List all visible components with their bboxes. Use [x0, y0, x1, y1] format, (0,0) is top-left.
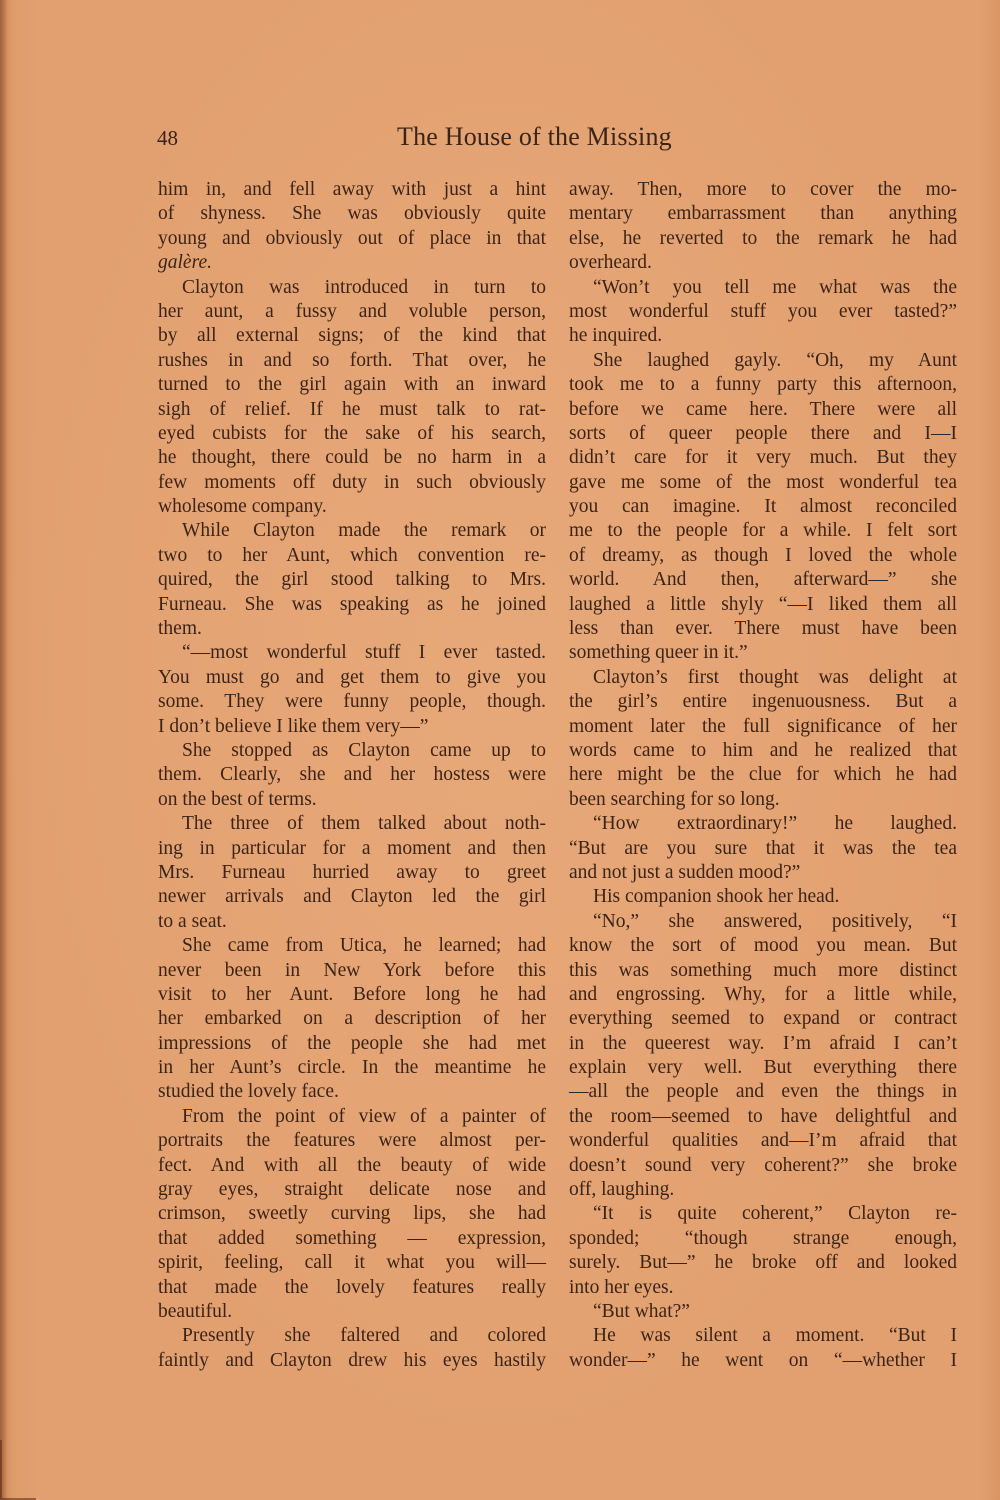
- text-line: on the best of terms.: [158, 788, 546, 812]
- paragraph-start: Clayton’s first thought was delight at: [569, 666, 957, 690]
- page-number: 48: [157, 126, 178, 151]
- text-line: them. Clearly, she and her hostess were: [158, 763, 546, 787]
- text-line: young and obviously out of place in that: [158, 227, 546, 251]
- book-page: 48 The House of the Missing him in, and …: [0, 0, 1000, 1500]
- text-line: rushes in and so forth. That over, he: [158, 349, 546, 373]
- text-line: two to her Aunt, which convention re-: [158, 544, 546, 568]
- text-line: didn’t care for it very much. But they: [569, 446, 957, 470]
- page-header: 48 The House of the Missing: [157, 122, 957, 158]
- text-line: her embarked on a description of her: [158, 1007, 546, 1031]
- paragraph-start: “No,” she answered, positively, “I: [569, 910, 957, 934]
- text-line: some. They were funny people, though.: [158, 690, 546, 714]
- text-line: sigh of relief. If he must talk to rat-: [158, 398, 546, 422]
- text-line: her aunt, a fussy and voluble person,: [158, 300, 546, 324]
- text-line: Furneau. She was speaking as he joined: [158, 593, 546, 617]
- paragraph-start: She came from Utica, he learned; had: [158, 934, 546, 958]
- text-line: him in, and fell away with just a hint: [158, 178, 546, 202]
- text-line: and not just a sudden mood?”: [569, 861, 957, 885]
- paragraph-start: She laughed gayly. “Oh, my Aunt: [569, 349, 957, 373]
- text-line: surely. But—” he broke off and looked: [569, 1251, 957, 1275]
- text-line: wonderful qualities and—I’m afraid that: [569, 1129, 957, 1153]
- text-line: impressions of the people she had met: [158, 1032, 546, 1056]
- text-line: sorts of queer people there and I—I: [569, 422, 957, 446]
- text-line: know the sort of mood you mean. But: [569, 934, 957, 958]
- text-line: —all the people and even the things in: [569, 1080, 957, 1104]
- paragraph-start: “How extraordinary!” he laughed.: [569, 812, 957, 836]
- text-line: less than ever. There must have been: [569, 617, 957, 641]
- text-line: world. And then, afterward—” she: [569, 568, 957, 592]
- text-line: in the queerest way. I’m afraid I can’t: [569, 1032, 957, 1056]
- paragraph-start: From the point of view of a painter of: [158, 1105, 546, 1129]
- text-line: turned to the girl again with an inward: [158, 373, 546, 397]
- paragraph-start: The three of them talked about noth-: [158, 812, 546, 836]
- text-line: quired, the girl stood talking to Mrs.: [158, 568, 546, 592]
- text-line: “But are you sure that it was the tea: [569, 837, 957, 861]
- paragraph-start: “But what?”: [569, 1300, 957, 1324]
- text-line: by all external signs; of the kind that: [158, 324, 546, 348]
- paragraph-start: Presently she faltered and colored: [158, 1324, 546, 1348]
- text-line: wonder—” he went on “—whether I: [569, 1349, 957, 1373]
- text-line: he inquired.: [569, 324, 957, 348]
- text-line: eyed cubists for the sake of his search,: [158, 422, 546, 446]
- text-line: faintly and Clayton drew his eyes hastil…: [158, 1349, 546, 1373]
- text-line: to a seat.: [158, 910, 546, 934]
- text-line: spirit, feeling, call it what you will—: [158, 1251, 546, 1275]
- text-line: visit to her Aunt. Before long he had: [158, 983, 546, 1007]
- text-line: and engrossing. Why, for a little while,: [569, 983, 957, 1007]
- text-line: the girl’s entire ingenuousness. But a: [569, 690, 957, 714]
- text-line: you can imagine. It almost reconciled: [569, 495, 957, 519]
- paragraph-start: His companion shook her head.: [569, 885, 957, 909]
- paragraph-start: While Clayton made the remark or: [158, 519, 546, 543]
- text-line: them.: [158, 617, 546, 641]
- paragraph-start: She stopped as Clayton came up to: [158, 739, 546, 763]
- text-line: of shyness. She was obviously quite: [158, 202, 546, 226]
- text-line: I don’t believe I like them very—”: [158, 715, 546, 739]
- text-line: few moments off duty in such obviously: [158, 471, 546, 495]
- paragraph-start: “Won’t you tell me what was the: [569, 276, 957, 300]
- text-column-left: him in, and fell away with just a hint o…: [158, 178, 546, 1373]
- text-line: wholesome company.: [158, 495, 546, 519]
- spine-shadow: [0, 0, 8, 1500]
- text-line: took me to a funny party this afternoon,: [569, 373, 957, 397]
- text-line: crimson, sweetly curving lips, she had: [158, 1202, 546, 1226]
- text-line: gave me some of the most wonderful tea: [569, 471, 957, 495]
- text-line: moment later the full significance of he…: [569, 715, 957, 739]
- text-line: that added something — expression,: [158, 1227, 546, 1251]
- text-line: doesn’t sound very coherent?” she broke: [569, 1154, 957, 1178]
- text-line: sponded; “though strange enough,: [569, 1227, 957, 1251]
- text-line: words came to him and he realized that: [569, 739, 957, 763]
- text-line: been searching for so long.: [569, 788, 957, 812]
- text-line: before we came here. There were all: [569, 398, 957, 422]
- text-line: mentary embarrassment than anything: [569, 202, 957, 226]
- text-line: most wonderful stuff you ever tasted?”: [569, 300, 957, 324]
- text-line: explain very well. But everything there: [569, 1056, 957, 1080]
- text-line: he thought, there could be no harm in a: [158, 446, 546, 470]
- text-line: You must go and get them to give you: [158, 666, 546, 690]
- paragraph-start: “—most wonderful stuff I ever tasted.: [158, 641, 546, 665]
- text-line: here might be the clue for which he had: [569, 763, 957, 787]
- text-line: overheard.: [569, 251, 957, 275]
- text-line: gray eyes, straight delicate nose and: [158, 1178, 546, 1202]
- text-line: everything seemed to expand or contract: [569, 1007, 957, 1031]
- text-line-italic: galère.: [158, 251, 546, 275]
- paragraph-start: He was silent a moment. “But I: [569, 1324, 957, 1348]
- paragraph-start: “It is quite coherent,” Clayton re-: [569, 1202, 957, 1226]
- text-line: in her Aunt’s circle. In the meantime he: [158, 1056, 546, 1080]
- text-line: fect. And with all the beauty of wide: [158, 1154, 546, 1178]
- text-line: this was something much more distinct: [569, 959, 957, 983]
- italic-word: galère.: [158, 252, 212, 273]
- text-line: into her eyes.: [569, 1276, 957, 1300]
- text-line: Mrs. Furneau hurried away to greet: [158, 861, 546, 885]
- running-title: The House of the Missing: [397, 122, 672, 152]
- text-line: that made the lovely features really: [158, 1276, 546, 1300]
- text-line: of dreamy, as though I loved the whole: [569, 544, 957, 568]
- text-line: else, he reverted to the remark he had: [569, 227, 957, 251]
- text-line: me to the people for a while. I felt sor…: [569, 519, 957, 543]
- text-line: something queer in it.”: [569, 641, 957, 665]
- text-line: away. Then, more to cover the mo-: [569, 178, 957, 202]
- text-line: laughed a little shyly “—I liked them al…: [569, 593, 957, 617]
- text-line: off, laughing.: [569, 1178, 957, 1202]
- text-line: never been in New York before this: [158, 959, 546, 983]
- text-line: the room—seemed to have delightful and: [569, 1105, 957, 1129]
- text-line: beautiful.: [158, 1300, 546, 1324]
- text-column-right: away. Then, more to cover the mo- mentar…: [569, 178, 957, 1373]
- page-corner-mark: [0, 1440, 36, 1500]
- text-line: studied the lovely face.: [158, 1080, 546, 1104]
- text-line: ing in particular for a moment and then: [158, 837, 546, 861]
- text-line: newer arrivals and Clayton led the girl: [158, 885, 546, 909]
- paragraph-start: Clayton was introduced in turn to: [158, 276, 546, 300]
- text-line: portraits the features were almost per-: [158, 1129, 546, 1153]
